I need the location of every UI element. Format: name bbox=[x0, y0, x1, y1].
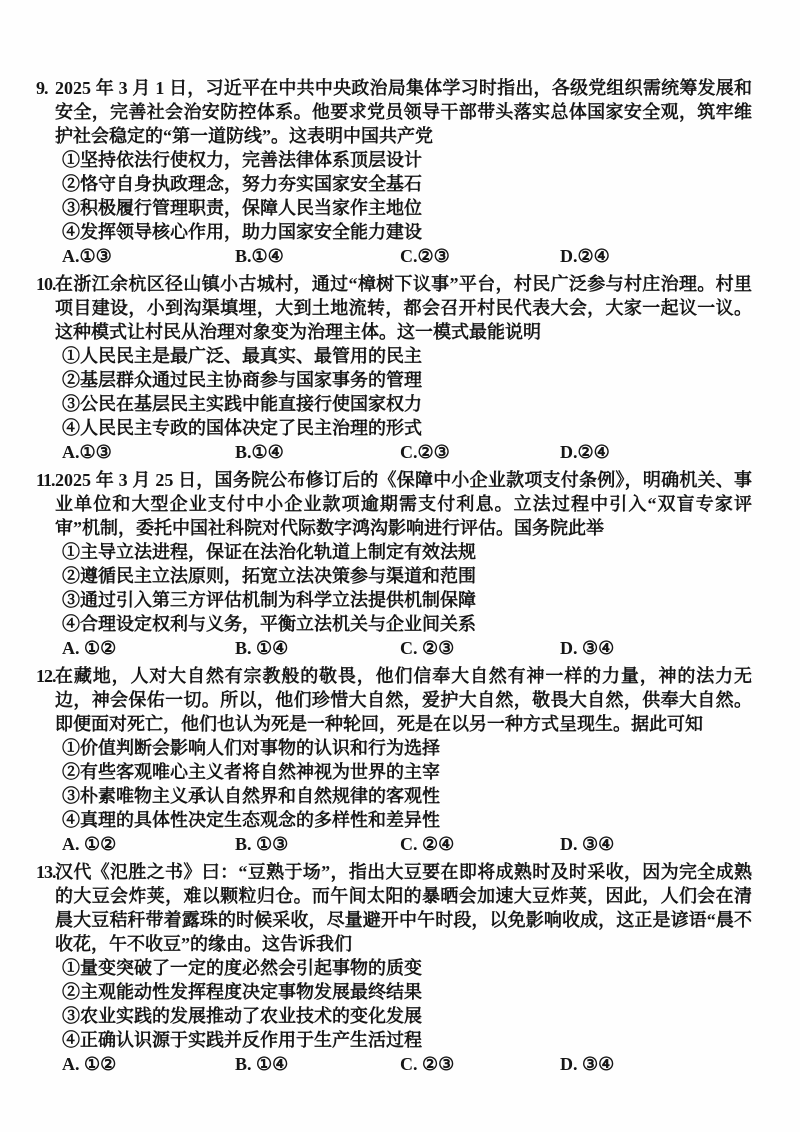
question-stem-text: 在藏地，人对大自然有宗教般的敬畏，他们信奉大自然有神一样的力量，神的法力无边，神… bbox=[55, 666, 752, 734]
question-11: 11.2025 年 3 月 25 日，国务院公布修订后的《保障中小企业款项支付条… bbox=[36, 468, 752, 660]
statement-item-3: ③朴素唯物主义承认自然界和自然规律的客观性 bbox=[36, 784, 752, 808]
choice-option-c: C. ②③ bbox=[400, 1052, 560, 1076]
choice-option-c: C. ②③ bbox=[400, 636, 560, 660]
question-stem-text: 2025 年 3 月 1 日，习近平在中共中央政治局集体学习时指出，各级党组织需… bbox=[55, 78, 752, 146]
question-stem: 9.2025 年 3 月 1 日，习近平在中共中央政治局集体学习时指出，各级党组… bbox=[36, 76, 752, 148]
exam-page: 9.2025 年 3 月 1 日，习近平在中共中央政治局集体学习时指出，各级党组… bbox=[0, 0, 800, 1132]
question-number: 13. bbox=[36, 860, 56, 884]
choice-option-d: D.②④ bbox=[560, 244, 752, 268]
choices-row: A. ①② B. ①③ C. ②④ D. ③④ bbox=[36, 832, 752, 856]
statement-item-1: ①坚持依法行使权力，完善法律体系顶层设计 bbox=[36, 148, 752, 172]
choice-option-a: A.①③ bbox=[62, 244, 235, 268]
statement-item-3: ③积极履行管理职责，保障人民当家作主地位 bbox=[36, 196, 752, 220]
question-stem: 11.2025 年 3 月 25 日，国务院公布修订后的《保障中小企业款项支付条… bbox=[36, 468, 752, 540]
choice-option-a: A. ①② bbox=[62, 1052, 235, 1076]
statement-item-1: ①量变突破了一定的度必然会引起事物的质变 bbox=[36, 956, 752, 980]
choice-option-d: D. ③④ bbox=[560, 832, 752, 856]
statement-item-2: ②遵循民主立法原则，拓宽立法决策参与渠道和范围 bbox=[36, 564, 752, 588]
question-number: 11. bbox=[36, 468, 55, 492]
statement-item-3: ③公民在基层民主实践中能直接行使国家权力 bbox=[36, 392, 752, 416]
question-stem: 13.汉代《氾胜之书》曰：“豆熟于场”，指出大豆要在即将成熟时及时采收，因为完全… bbox=[36, 860, 752, 956]
choice-option-a: A.①③ bbox=[62, 440, 235, 464]
choices-row: A.①③ B.①④ C.②③ D.②④ bbox=[36, 440, 752, 464]
question-13: 13.汉代《氾胜之书》曰：“豆熟于场”，指出大豆要在即将成熟时及时采收，因为完全… bbox=[36, 860, 752, 1076]
choice-option-c: C.②③ bbox=[400, 440, 560, 464]
choice-option-b: B. ①④ bbox=[235, 636, 400, 660]
question-stem-text: 在浙江余杭区径山镇小古城村，通过“樟树下议事”平台，村民广泛参与村庄治理。村里项… bbox=[55, 274, 752, 342]
choice-option-a: A. ①② bbox=[62, 832, 235, 856]
question-number: 12. bbox=[36, 664, 56, 688]
choice-option-c: C.②③ bbox=[400, 244, 560, 268]
choice-option-d: D. ③④ bbox=[560, 636, 752, 660]
question-stem-text: 汉代《氾胜之书》曰：“豆熟于场”，指出大豆要在即将成熟时及时采收，因为完全成熟的… bbox=[55, 862, 752, 954]
statement-item-2: ②主观能动性发挥程度决定事物发展最终结果 bbox=[36, 980, 752, 1004]
statement-item-2: ②基层群众通过民主协商参与国家事务的管理 bbox=[36, 368, 752, 392]
question-9: 9.2025 年 3 月 1 日，习近平在中共中央政治局集体学习时指出，各级党组… bbox=[36, 76, 752, 268]
question-stem: 12.在藏地，人对大自然有宗教般的敬畏，他们信奉大自然有神一样的力量，神的法力无… bbox=[36, 664, 752, 736]
choice-option-c: C. ②④ bbox=[400, 832, 560, 856]
question-10: 10.在浙江余杭区径山镇小古城村，通过“樟树下议事”平台，村民广泛参与村庄治理。… bbox=[36, 272, 752, 464]
statement-item-1: ①主导立法进程，保证在法治化轨道上制定有效法规 bbox=[36, 540, 752, 564]
statement-item-4: ④发挥领导核心作用，助力国家安全能力建设 bbox=[36, 220, 752, 244]
question-stem-text: 2025 年 3 月 25 日，国务院公布修订后的《保障中小企业款项支付条例》，… bbox=[55, 470, 752, 538]
question-12: 12.在藏地，人对大自然有宗教般的敬畏，他们信奉大自然有神一样的力量，神的法力无… bbox=[36, 664, 752, 856]
choice-option-b: B.①④ bbox=[235, 440, 400, 464]
choice-option-b: B. ①③ bbox=[235, 832, 400, 856]
statement-item-1: ①价值判断会影响人们对事物的认识和行为选择 bbox=[36, 736, 752, 760]
choices-row: A. ①② B. ①④ C. ②③ D. ③④ bbox=[36, 636, 752, 660]
statement-item-3: ③农业实践的发展推动了农业技术的变化发展 bbox=[36, 1004, 752, 1028]
choice-option-b: B.①④ bbox=[235, 244, 400, 268]
statement-item-2: ②恪守自身执政理念，努力夯实国家安全基石 bbox=[36, 172, 752, 196]
question-number: 9. bbox=[36, 76, 48, 100]
statement-item-4: ④合理设定权利与义务，平衡立法机关与企业间关系 bbox=[36, 612, 752, 636]
question-stem: 10.在浙江余杭区径山镇小古城村，通过“樟树下议事”平台，村民广泛参与村庄治理。… bbox=[36, 272, 752, 344]
choice-option-d: D.②④ bbox=[560, 440, 752, 464]
statement-item-4: ④人民民主专政的国体决定了民主治理的形式 bbox=[36, 416, 752, 440]
question-number: 10. bbox=[36, 272, 56, 296]
choices-row: A.①③ B.①④ C.②③ D.②④ bbox=[36, 244, 752, 268]
choice-option-a: A. ①② bbox=[62, 636, 235, 660]
choices-row: A. ①② B. ①④ C. ②③ D. ③④ bbox=[36, 1052, 752, 1076]
choice-option-b: B. ①④ bbox=[235, 1052, 400, 1076]
statement-item-4: ④真理的具体性决定生态观念的多样性和差异性 bbox=[36, 808, 752, 832]
statement-item-1: ①人民民主是最广泛、最真实、最管用的民主 bbox=[36, 344, 752, 368]
choice-option-d: D. ③④ bbox=[560, 1052, 752, 1076]
statement-item-4: ④正确认识源于实践并反作用于生产生活过程 bbox=[36, 1028, 752, 1052]
statement-item-2: ②有些客观唯心主义者将自然神视为世界的主宰 bbox=[36, 760, 752, 784]
statement-item-3: ③通过引入第三方评估机制为科学立法提供机制保障 bbox=[36, 588, 752, 612]
